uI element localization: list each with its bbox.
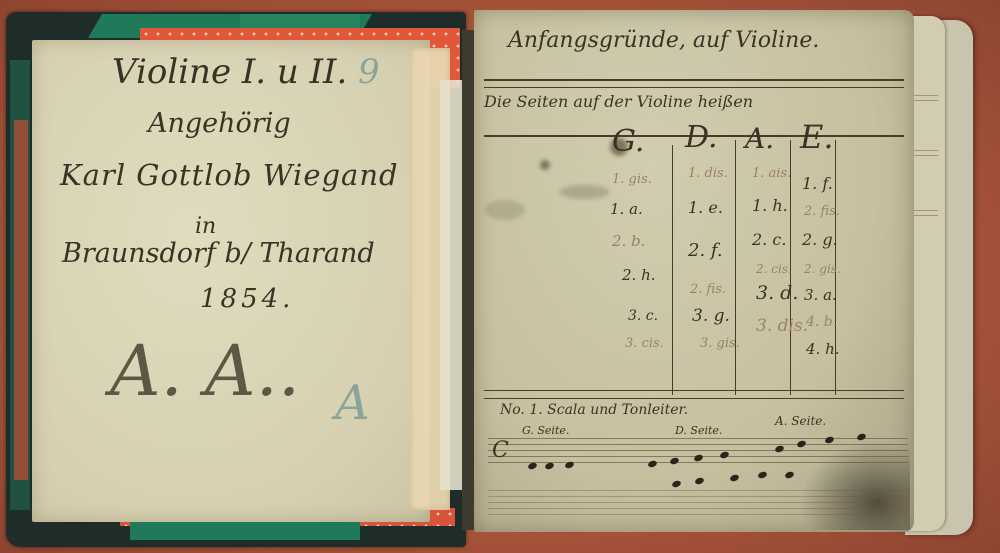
pencil-mark: 9 — [358, 52, 380, 92]
belongs-to-text: Angehörig — [148, 108, 291, 139]
staff-line — [488, 450, 908, 451]
common-time-clef: C — [492, 438, 509, 463]
staff-label-a: A. Seite. — [775, 414, 826, 428]
heading-rule — [484, 87, 904, 88]
e-entry: 2. gis. — [804, 262, 841, 276]
column-divider — [672, 145, 673, 395]
staff-line — [488, 490, 908, 491]
d-entry: 2. f. — [688, 240, 723, 261]
cover-red-edge — [14, 120, 28, 480]
g-entry: 3. c. — [628, 308, 658, 324]
e-entry: 1. f. — [802, 174, 833, 193]
year-text: 1854. — [200, 284, 294, 314]
d-entry: 2. fis. — [690, 282, 726, 297]
staff-label-d: D. Seite. — [675, 424, 722, 437]
section-title: No. 1. Scala und Tonleiter. — [500, 402, 688, 418]
staff-line — [488, 508, 908, 509]
col-header-g: G. — [612, 124, 644, 159]
pencil-monogram: A — [335, 375, 370, 431]
col-header-e: E. — [800, 118, 834, 156]
e-entry: 3. a. — [804, 286, 837, 304]
page-subheading: Die Seiten auf der Violine heißen — [484, 92, 753, 111]
g-entry: 2. b. — [612, 232, 645, 250]
ink-smear — [560, 185, 610, 199]
a-entry: 1. ais. — [752, 166, 791, 181]
column-divider — [735, 140, 736, 395]
page-heading: Anfangsgründe, auf Violine. — [508, 28, 819, 53]
e-entry: 4. h. — [806, 340, 840, 358]
staff-line — [488, 514, 908, 515]
col-header-a: A. — [745, 122, 774, 155]
g-entry: 1. a. — [610, 200, 643, 218]
water-stain — [485, 200, 525, 220]
a-entry: 2. c. — [752, 230, 786, 249]
g-entry: 1. gis. — [612, 172, 652, 187]
page-stain — [800, 440, 910, 530]
g-entry: 2. h. — [622, 266, 656, 284]
title-text: Violine I. u II. — [112, 52, 347, 92]
cover-green-paper-strip — [240, 14, 360, 28]
e-entry: 2. g. — [802, 230, 838, 249]
col-header-d: D. — [685, 120, 718, 155]
g-entry: 3. cis. — [625, 336, 664, 351]
in-text: in — [195, 214, 216, 239]
monogram: A. A.. — [110, 330, 300, 412]
a-entry: 1. h. — [752, 196, 788, 215]
staff-line — [488, 502, 908, 503]
staff-line — [488, 444, 908, 445]
owner-name: Karl Gottlob Wiegand — [60, 158, 399, 192]
place-text: Braunsdorf b/ Tharand — [62, 238, 375, 269]
e-entry: 2. fis. — [804, 204, 840, 219]
staff-label-g: G. Seite. — [522, 424, 569, 437]
d-entry: 1. dis. — [688, 166, 728, 181]
heading-rule — [484, 79, 904, 81]
d-entry: 1. e. — [688, 198, 723, 217]
staff-line — [488, 496, 908, 497]
a-entry: 2. cis. — [756, 262, 792, 276]
ink-blot — [540, 160, 550, 170]
cover-green-paper-bottom — [130, 522, 360, 540]
section-rule — [484, 398, 904, 399]
d-entry: 3. g. — [692, 306, 730, 326]
a-entry: 3. dis. — [756, 316, 808, 336]
staff-line — [488, 438, 908, 439]
a-entry: 3. d. — [756, 282, 798, 304]
d-entry: 3. gis. — [700, 336, 740, 351]
table-bottom-rule — [484, 390, 904, 391]
e-entry: 4. b. — [806, 314, 837, 330]
